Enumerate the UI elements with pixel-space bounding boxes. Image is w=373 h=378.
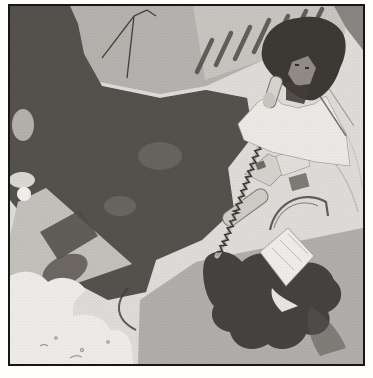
halftone-photo xyxy=(10,6,363,364)
photo-frame xyxy=(8,4,365,366)
scanned-page xyxy=(0,0,373,378)
halftone-screen-overlay xyxy=(10,6,363,364)
